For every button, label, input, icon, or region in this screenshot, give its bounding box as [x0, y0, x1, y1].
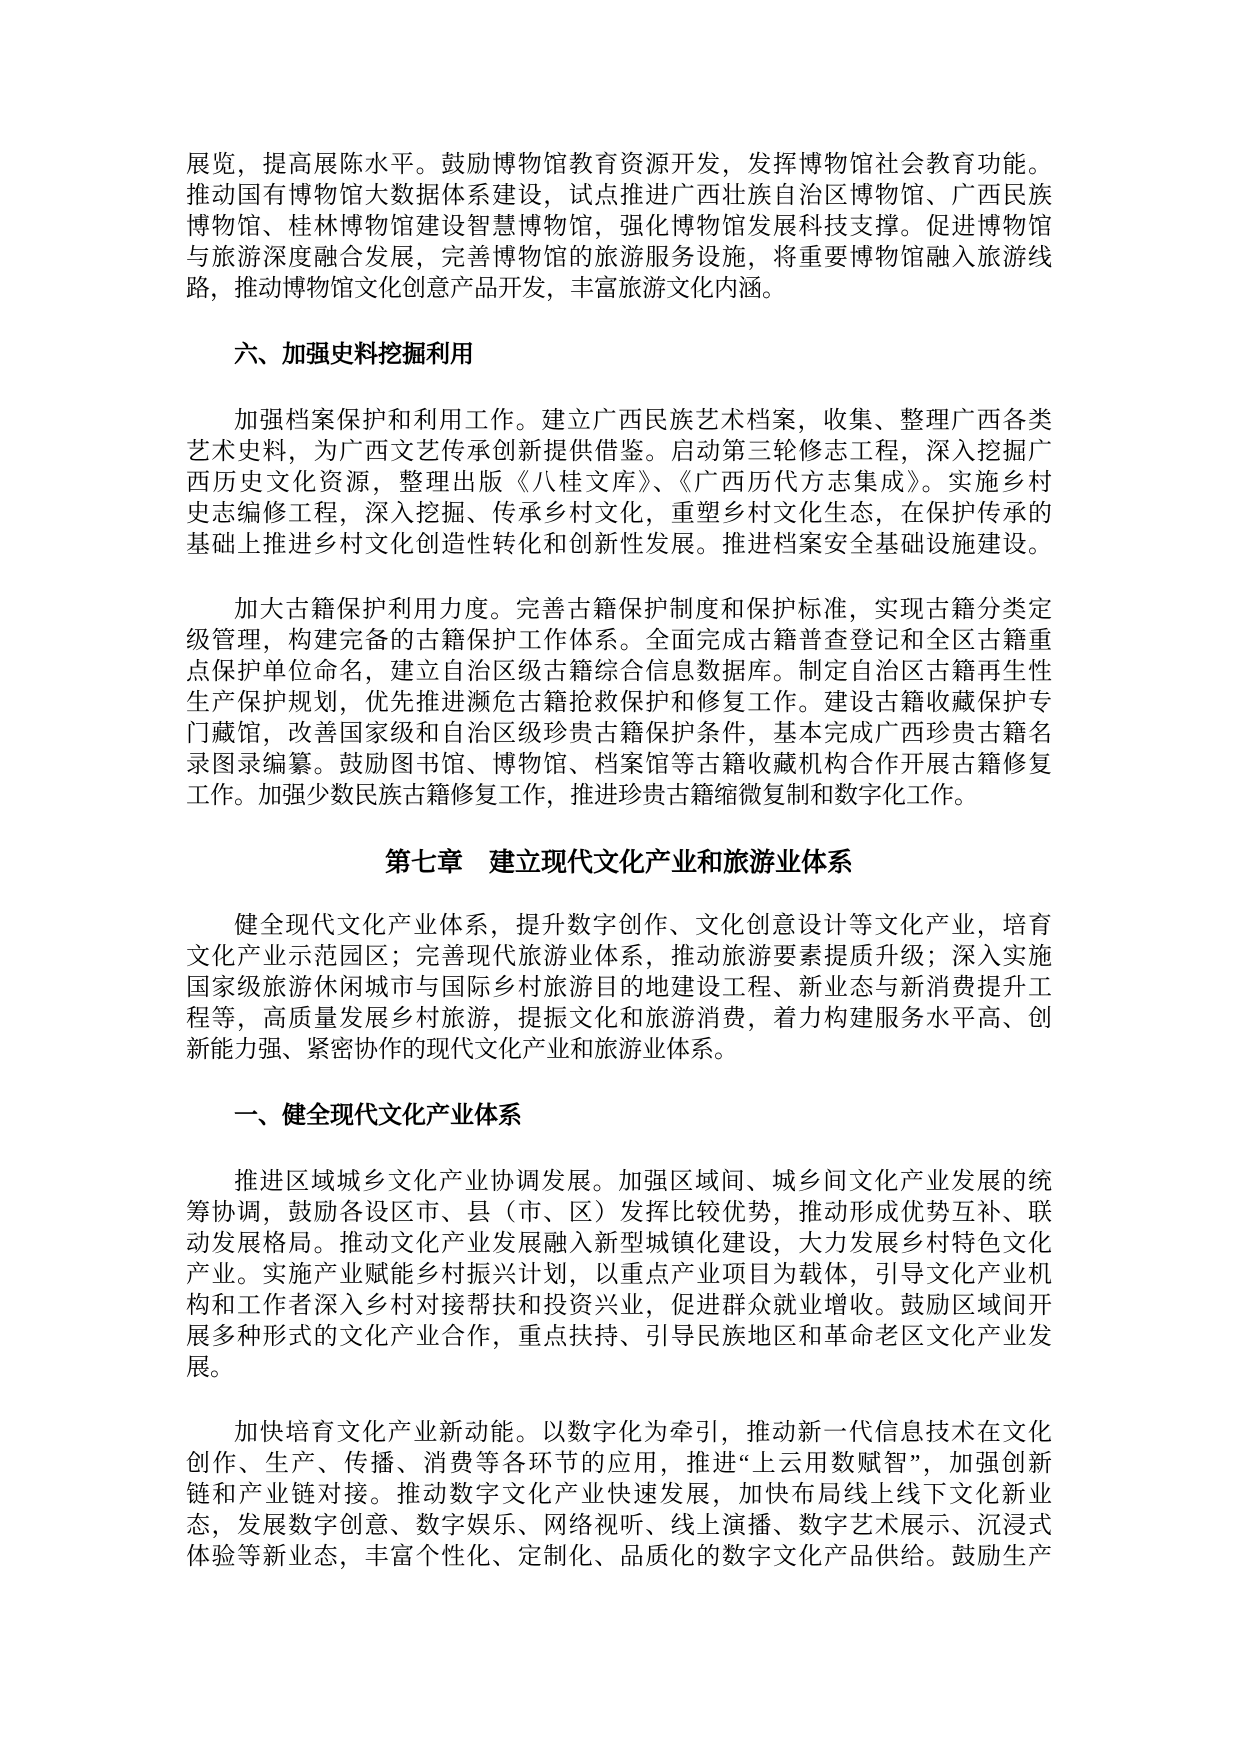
text-line: 构和工作者深入乡村对接帮扶和投资兴业，促进群众就业增收。鼓励区域间开	[186, 1291, 1052, 1322]
text-line: 史志编修工程，深入挖掘、传承乡村文化，重塑乡村文化生态，在保护传承的	[186, 499, 1052, 530]
text-line: 态，发展数字创意、数字娱乐、网络视听、线上演播、数字艺术展示、沉浸式	[186, 1511, 1052, 1542]
text-line: 艺术史料，为广西文艺传承创新提供借鉴。启动第三轮修志工程，深入挖掘广	[186, 437, 1052, 468]
paragraph: 展览，提高展陈水平。鼓励博物馆教育资源开发，发挥博物馆社会教育功能。推动国有博物…	[186, 150, 1052, 305]
text-line: 产业。实施产业赋能乡村振兴计划，以重点产业项目为载体，引导文化产业机	[186, 1260, 1052, 1291]
chapter-heading: 第七章 建立现代文化产业和旅游业体系	[186, 846, 1052, 879]
text-line: 加快培育文化产业新动能。以数字化为牵引，推动新一代信息技术在文化	[186, 1418, 1052, 1449]
text-line: 展多种形式的文化产业合作，重点扶持、引导民族地区和革命老区文化产业发	[186, 1322, 1052, 1353]
paragraph: 推进区域城乡文化产业协调发展。加强区域间、城乡间文化产业发展的统筹协调，鼓励各设…	[186, 1167, 1052, 1384]
text-line: 推动国有博物馆大数据体系建设，试点推进广西壮族自治区博物馆、广西民族	[186, 181, 1052, 212]
text-line: 推进区域城乡文化产业协调发展。加强区域间、城乡间文化产业发展的统	[186, 1167, 1052, 1198]
text-line: 门藏馆，改善国家级和自治区级珍贵古籍保护条件，基本完成广西珍贵古籍名	[186, 719, 1052, 750]
text-line: 基础上推进乡村文化创造性转化和创新性发展。推进档案安全基础设施建设。	[186, 530, 1052, 561]
text-line: 生产保护规划，优先推进濒危古籍抢救保护和修复工作。建设古籍收藏保护专	[186, 688, 1052, 719]
paragraph: 加快培育文化产业新动能。以数字化为牵引，推动新一代信息技术在文化创作、生产、传播…	[186, 1418, 1052, 1573]
document-content: 展览，提高展陈水平。鼓励博物馆教育资源开发，发挥博物馆社会教育功能。推动国有博物…	[186, 150, 1052, 1607]
text-line: 加大古籍保护利用力度。完善古籍保护制度和保护标准，实现古籍分类定	[186, 595, 1052, 626]
text-line: 新能力强、紧密协作的现代文化产业和旅游业体系。	[186, 1035, 1052, 1066]
text-line: 工作。加强少数民族古籍修复工作，推进珍贵古籍缩微复制和数字化工作。	[186, 781, 1052, 812]
text-line: 与旅游深度融合发展，完善博物馆的旅游服务设施，将重要博物馆融入旅游线	[186, 243, 1052, 274]
text-line: 健全现代文化产业体系，提升数字创作、文化创意设计等文化产业，培育	[186, 911, 1052, 942]
document-page: 展览，提高展陈水平。鼓励博物馆教育资源开发，发挥博物馆社会教育功能。推动国有博物…	[0, 0, 1241, 1755]
section-heading: 一、健全现代文化产业体系	[186, 1100, 1052, 1131]
text-line: 展览，提高展陈水平。鼓励博物馆教育资源开发，发挥博物馆社会教育功能。	[186, 150, 1052, 181]
paragraph: 加大古籍保护利用力度。完善古籍保护制度和保护标准，实现古籍分类定级管理，构建完备…	[186, 595, 1052, 812]
text-line: 点保护单位命名，建立自治区级古籍综合信息数据库。制定自治区古籍再生性	[186, 657, 1052, 688]
text-line: 筹协调，鼓励各设区市、县（市、区）发挥比较优势，推动形成优势互补、联	[186, 1198, 1052, 1229]
text-line: 路，推动博物馆文化创意产品开发，丰富旅游文化内涵。	[186, 274, 1052, 305]
text-line: 西历史文化资源，整理出版《八桂文库》、《广西历代方志集成》。实施乡村	[186, 468, 1052, 499]
text-line: 录图录编纂。鼓励图书馆、博物馆、档案馆等古籍收藏机构合作开展古籍修复	[186, 750, 1052, 781]
text-line: 文化产业示范园区；完善现代旅游业体系，推动旅游要素提质升级；深入实施	[186, 942, 1052, 973]
text-line: 展。	[186, 1353, 1052, 1384]
text-line: 链和产业链对接。推动数字文化产业快速发展，加快布局线上线下文化新业	[186, 1480, 1052, 1511]
text-line: 国家级旅游休闲城市与国际乡村旅游目的地建设工程、新业态与新消费提升工	[186, 973, 1052, 1004]
paragraph: 加强档案保护和利用工作。建立广西民族艺术档案，收集、整理广西各类艺术史料，为广西…	[186, 406, 1052, 561]
section-heading: 六、加强史料挖掘利用	[186, 339, 1052, 370]
text-line: 级管理，构建完备的古籍保护工作体系。全面完成古籍普查登记和全区古籍重	[186, 626, 1052, 657]
text-line: 加强档案保护和利用工作。建立广西民族艺术档案，收集、整理广西各类	[186, 406, 1052, 437]
text-line: 动发展格局。推动文化产业发展融入新型城镇化建设，大力发展乡村特色文化	[186, 1229, 1052, 1260]
paragraph: 健全现代文化产业体系，提升数字创作、文化创意设计等文化产业，培育文化产业示范园区…	[186, 911, 1052, 1066]
text-line: 体验等新业态，丰富个性化、定制化、品质化的数字文化产品供给。鼓励生产	[186, 1542, 1052, 1573]
text-line: 博物馆、桂林博物馆建设智慧博物馆，强化博物馆发展科技支撑。促进博物馆	[186, 212, 1052, 243]
text-line: 程等，高质量发展乡村旅游，提振文化和旅游消费，着力构建服务水平高、创	[186, 1004, 1052, 1035]
text-line: 创作、生产、传播、消费等各环节的应用，推进“上云用数赋智”，加强创新	[186, 1449, 1052, 1480]
